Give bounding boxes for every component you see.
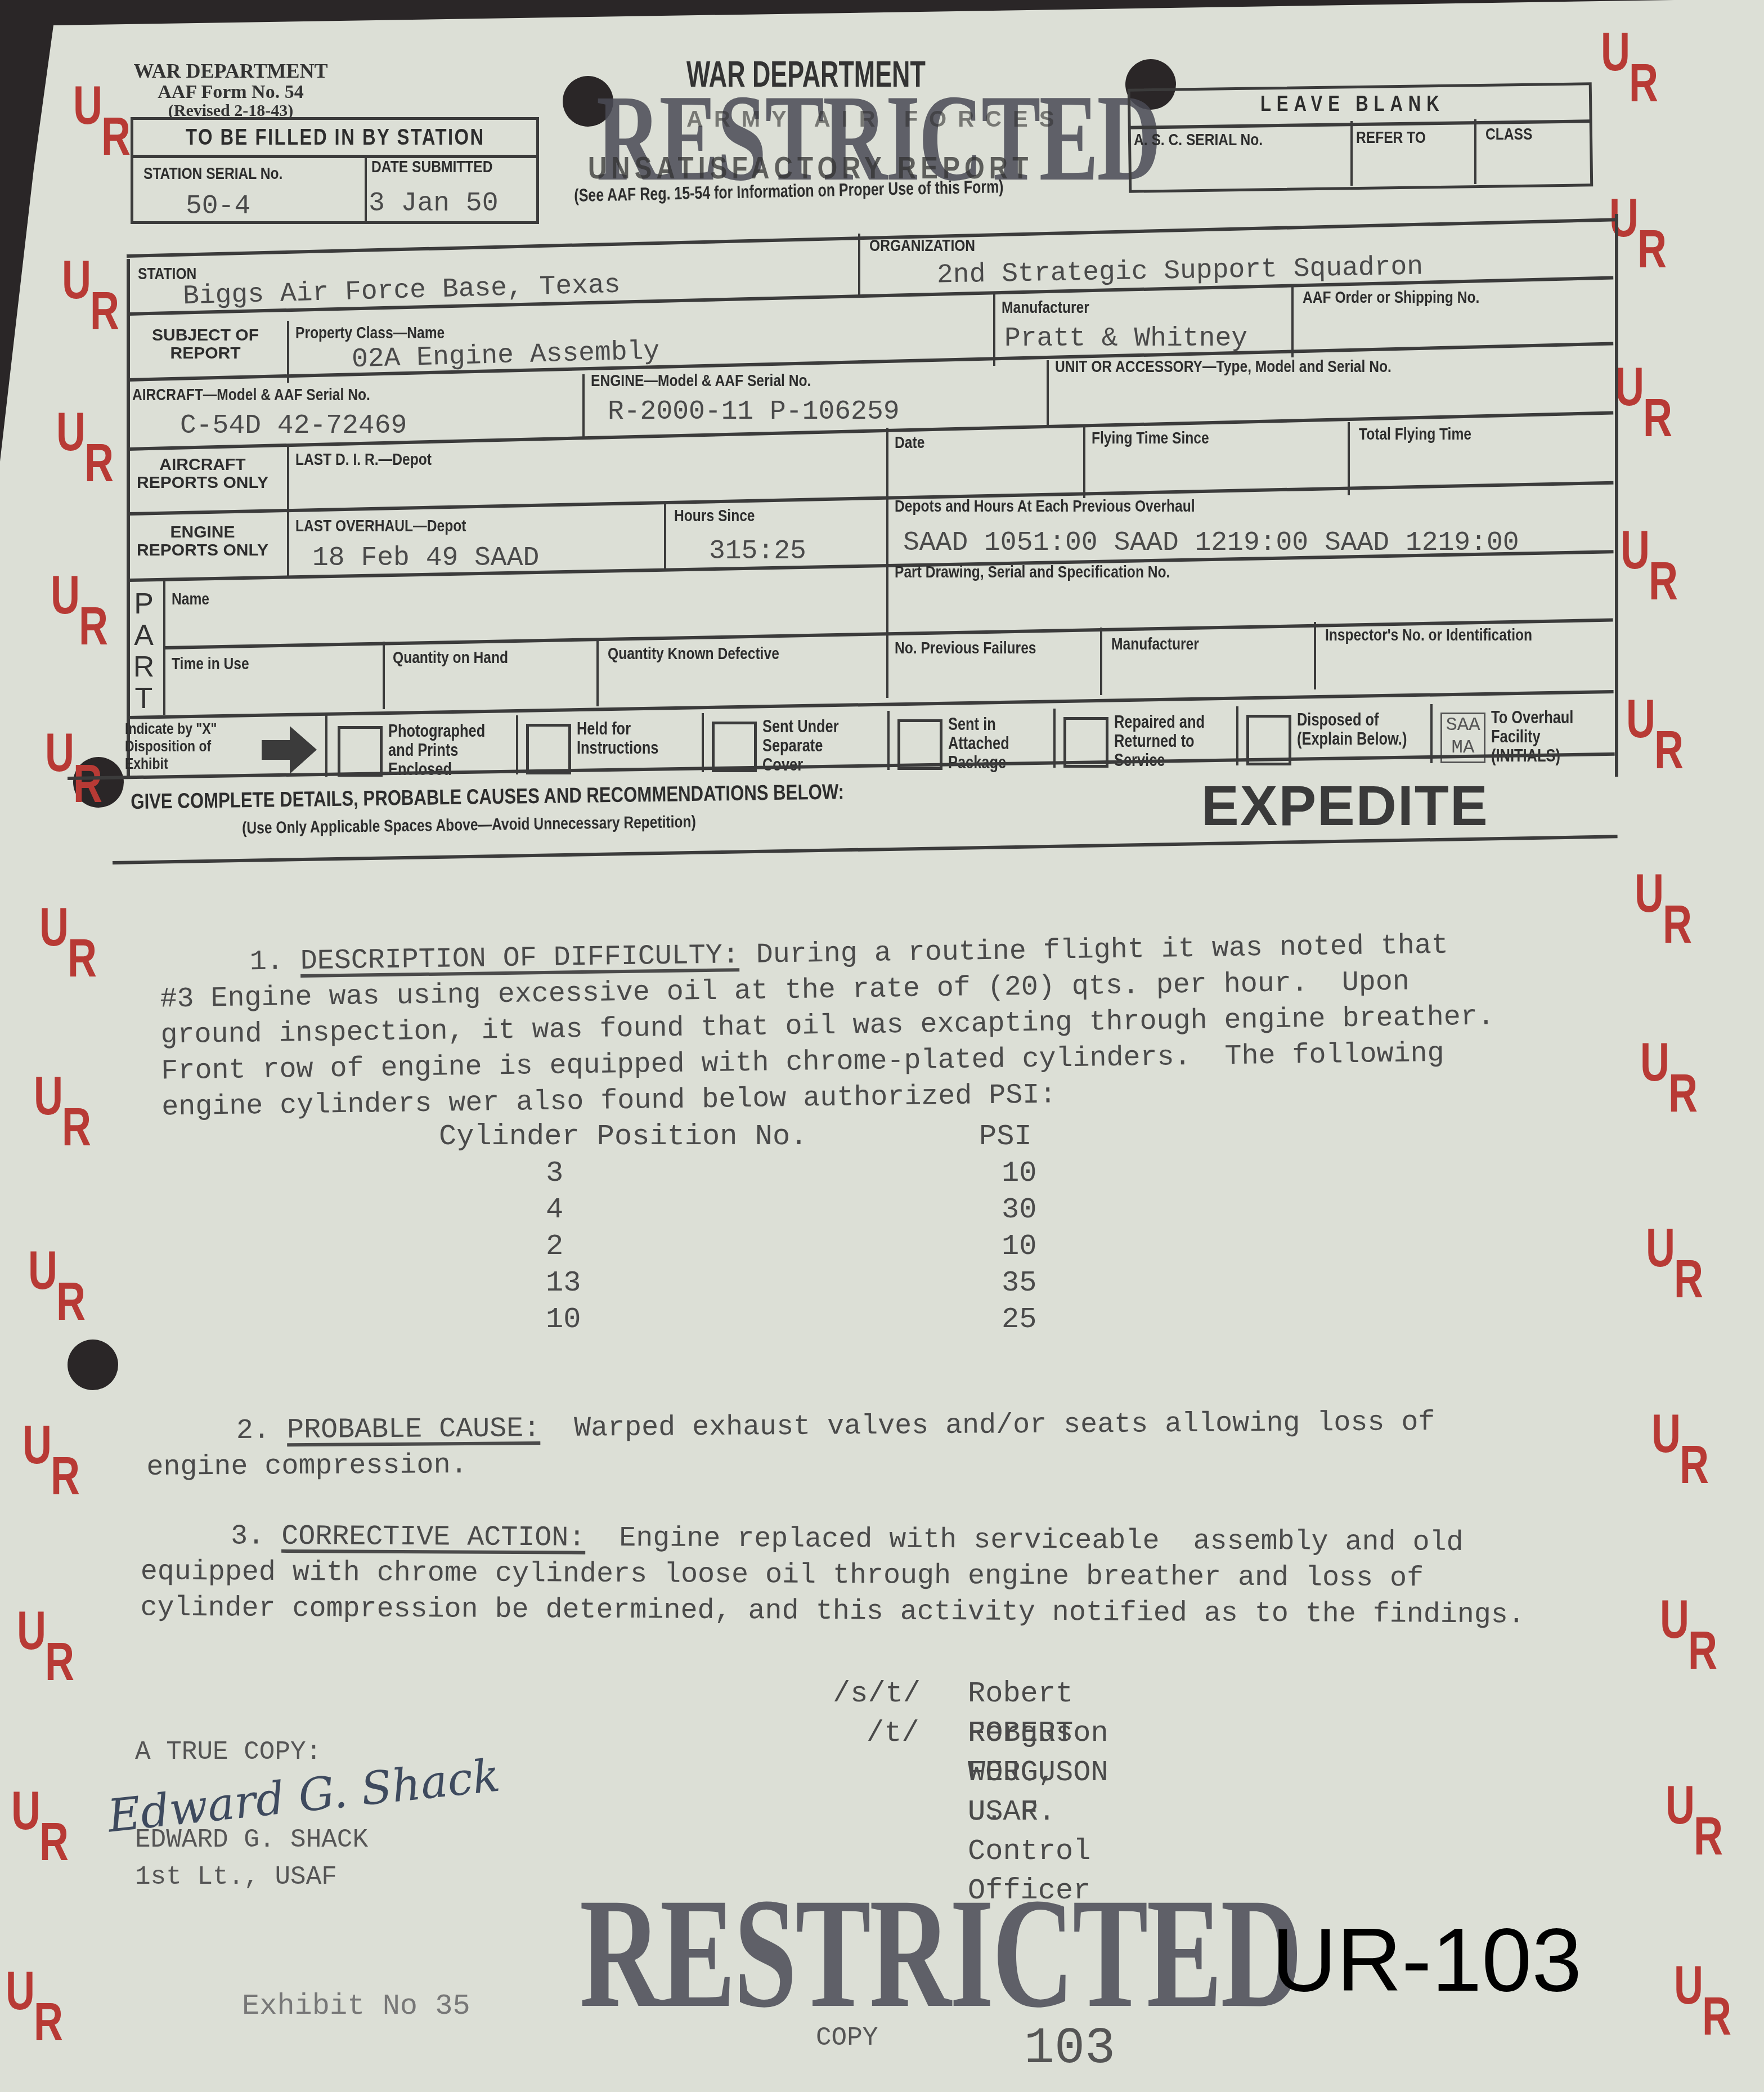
cylinder-position: 3 <box>546 1157 563 1190</box>
aircraft-label: AIRCRAFT—Model & AAF Serial No. <box>132 386 370 404</box>
ur-margin-mark: UR <box>1666 1779 1733 1880</box>
copy-number: 103 <box>1024 2021 1115 2078</box>
engine-label: ENGINE—Model & AAF Serial No. <box>591 371 811 390</box>
ur-margin-mark: UR <box>11 1784 79 1885</box>
title-service: ARMY AIR FORCES <box>686 107 1065 132</box>
cylinder-table-row: 210 <box>439 1230 1114 1266</box>
part-letter: A <box>128 620 159 651</box>
date-submitted-label: DATE SUBMITTED <box>371 158 492 176</box>
quantity-defective-label: Quantity Known Defective <box>608 644 779 663</box>
item3-text: 3. CORRECTIVE ACTION: Engine replaced wi… <box>140 1482 1525 1634</box>
cylinder-table-row: 430 <box>439 1193 1114 1230</box>
divider <box>1348 422 1350 495</box>
divider <box>582 374 585 439</box>
ur-margin-mark: UR <box>1615 360 1682 462</box>
aircraft-value[interactable]: C-54D 42-72469 <box>180 411 407 441</box>
cylinder-position-header: Cylinder Position No. <box>439 1120 807 1153</box>
divider <box>886 501 888 568</box>
inspector-label: Inspector's No. or Identification <box>1325 626 1532 644</box>
flying-time-since-label: Flying Time Since <box>1092 429 1209 447</box>
ur-margin-mark: UR <box>1640 1036 1708 1137</box>
cylinder-position: 2 <box>546 1230 563 1263</box>
divider <box>664 504 666 571</box>
manufacturer-value[interactable]: Pratt & Whitney <box>1004 324 1247 354</box>
part-label: PART <box>128 588 159 718</box>
expedite-stamp: EXPEDITE <box>1201 774 1489 839</box>
time-in-use-label: Time in Use <box>172 655 249 673</box>
divider <box>887 711 890 770</box>
ur-margin-mark: UR <box>1660 1593 1727 1694</box>
previous-failures-label: No. Previous Failures <box>895 639 1036 657</box>
divider <box>886 630 888 698</box>
item3-heading: CORRECTIVE ACTION: <box>281 1521 585 1555</box>
ur-margin-mark: UR <box>28 1244 96 1345</box>
hours-since-label: Hours Since <box>674 507 755 525</box>
title-block: WAR DEPARTMENT RESTRICTED ARMY AIR FORCE… <box>574 53 1114 222</box>
divider <box>886 428 888 504</box>
disposition-label: Indicate by "X" Disposition of Exhibit <box>125 720 236 772</box>
ur-margin-mark: UR <box>34 1069 101 1171</box>
divider <box>287 445 289 509</box>
ur-margin-mark: UR <box>1646 1221 1713 1323</box>
cylinder-psi: 10 <box>1002 1230 1036 1263</box>
item1-text: 1. DESCRIPTION OF DIFFICULTY: During a r… <box>159 891 1496 1126</box>
divider <box>1350 121 1353 186</box>
cylinder-table-header: Cylinder Position No. PSI <box>439 1120 1114 1157</box>
ur-margin-mark: UR <box>51 568 118 670</box>
disposition-option-label: Held for Instructions <box>577 719 681 758</box>
exhibit-number: Exhibit No 35 <box>242 1990 470 2023</box>
divider <box>1291 284 1294 357</box>
divider <box>516 715 518 774</box>
cylinder-table: Cylinder Position No. PSI 31043021013351… <box>439 1120 1114 1340</box>
divider <box>1083 425 1085 498</box>
station-box-title: TO BE FILLED IN BY STATION <box>186 125 485 150</box>
disposition-checkbox[interactable] <box>712 722 757 772</box>
ur-margin-mark: UR <box>17 1604 84 1705</box>
copy-label: COPY <box>816 2023 878 2053</box>
ur-margin-mark: UR <box>1635 867 1702 968</box>
item1-heading: DESCRIPTION OF DIFFICULTY: <box>300 939 739 978</box>
true-copy-block: A TRUE COPY: Edward G. Shack EDWARD G. S… <box>135 1733 501 1896</box>
divider <box>287 512 289 577</box>
st-mark: /s/t/ <box>833 1674 921 1714</box>
asc-serial-label: A. S. C. SERIAL No. <box>1134 131 1263 149</box>
part-manufacturer-label: Manufacturer <box>1111 635 1199 653</box>
form-right-border <box>1615 214 1618 777</box>
divider <box>858 234 860 295</box>
station-serial-value[interactable]: 50-4 <box>186 191 250 222</box>
divider <box>886 568 888 630</box>
item2-heading: PROBABLE CAUSE: <box>287 1413 540 1446</box>
disposition-checkbox[interactable] <box>338 726 383 777</box>
cylinder-psi: 10 <box>1002 1157 1036 1190</box>
cylinder-psi: 30 <box>1002 1193 1036 1226</box>
leave-blank-title: LEAVE BLANK <box>1260 93 1445 117</box>
part-name-label: Name <box>172 590 209 608</box>
total-flying-time-label: Total Flying Time <box>1359 425 1471 444</box>
cylinder-psi: 35 <box>1002 1266 1036 1300</box>
divider <box>1430 704 1433 763</box>
disposition-option-label: Disposed of (Explain Below.) <box>1297 710 1408 749</box>
divider <box>1053 709 1056 768</box>
divider <box>287 321 289 383</box>
cylinder-position: 10 <box>546 1303 581 1336</box>
t-mark: /t/ <box>867 1714 919 1753</box>
divider <box>1474 119 1476 184</box>
ur-margin-mark: UR <box>6 1964 73 2066</box>
form-id-dept: WAR DEPARTMENT <box>118 61 343 82</box>
ur-margin-mark: UR <box>1674 1959 1741 2060</box>
divider <box>993 293 995 366</box>
last-dir-label: LAST D. I. R.—Depot <box>295 450 432 469</box>
punch-hole <box>68 1340 118 1390</box>
true-copy-rank: 1st Lt., USAF <box>135 1858 501 1896</box>
part-letter: P <box>128 588 159 620</box>
divider <box>325 715 327 777</box>
cylinder-position: 4 <box>546 1193 563 1226</box>
arrow-right-icon <box>262 723 318 777</box>
hours-since-value[interactable]: 315:25 <box>709 536 806 567</box>
psi-header: PSI <box>979 1120 1032 1153</box>
doc-id-label: UR-103 <box>1272 1908 1582 2012</box>
disposition-checkbox[interactable] <box>897 719 942 770</box>
divider <box>1236 706 1238 765</box>
divider <box>1314 622 1316 689</box>
divider <box>1047 360 1049 425</box>
refer-to-label: REFER TO <box>1356 128 1426 147</box>
ur-margin-mark: UR <box>62 253 129 355</box>
station-serial-label: STATION SERIAL No. <box>143 164 282 183</box>
divider <box>383 642 385 709</box>
quantity-on-hand-label: Quantity on Hand <box>393 648 508 667</box>
restricted-stamp-bottom: RESTRICTED <box>580 1874 1301 2032</box>
engine-reports-only-label: ENGINE REPORTS ONLY <box>135 523 270 559</box>
ur-margin-mark: UR <box>1621 523 1688 625</box>
unit-accessory-label: UNIT OR ACCESSORY—Type, Model and Serial… <box>1055 357 1392 376</box>
ur-margin-mark: UR <box>1609 191 1677 293</box>
divider <box>365 156 367 223</box>
ur-margin-mark: UR <box>1651 1407 1719 1508</box>
part-letter: T <box>128 683 159 714</box>
ur-margin-mark: UR <box>1601 25 1668 127</box>
disposition-checkbox[interactable] <box>526 724 571 774</box>
aircraft-reports-only-label: AIRCRAFT REPORTS ONLY <box>135 456 270 491</box>
station-label: STATION <box>138 265 196 283</box>
form-id-number: AAF Form No. 54 <box>118 82 343 102</box>
divider <box>596 639 599 706</box>
depots-hours-label: Depots and Hours At Each Previous Overha… <box>895 497 1195 516</box>
part-drawing-label: Part Drawing, Serial and Specification N… <box>895 563 1170 581</box>
divider <box>702 713 704 772</box>
cylinder-psi: 25 <box>1002 1303 1036 1336</box>
ur-margin-mark: UR <box>23 1418 90 1520</box>
date-label: Date <box>895 433 924 452</box>
property-class-label: Property Class—Name <box>295 324 445 342</box>
engine-value[interactable]: R-2000-11 P-106259 <box>608 397 899 427</box>
manufacturer-label: Manufacturer <box>1002 298 1089 317</box>
subject-of-report-label: SUBJECT OF REPORT <box>135 326 276 362</box>
aaf-order-label: AAF Order or Shipping No. <box>1303 288 1479 307</box>
item2-text: 2. PROBABLE CAUSE: Warped exhaust valves… <box>146 1369 1435 1486</box>
part-letter: R <box>128 651 159 683</box>
last-overhaul-label: LAST OVERHAUL—Depot <box>295 517 466 535</box>
ur-margin-mark: UR <box>39 901 107 1002</box>
divider <box>1100 628 1102 695</box>
organization-label: ORGANIZATION <box>869 236 975 255</box>
cylinder-table-row: 1335 <box>439 1266 1114 1303</box>
form-id: WAR DEPARTMENT AAF Form No. 54 (Revised … <box>118 61 343 120</box>
cylinder-table-row: 310 <box>439 1157 1114 1193</box>
cylinder-table-row: 1025 <box>439 1303 1114 1340</box>
date-submitted-value[interactable]: 3 Jan 50 <box>369 189 498 219</box>
ur-margin-mark: UR <box>1626 692 1694 794</box>
cylinder-position: 13 <box>546 1266 581 1300</box>
last-overhaul-value[interactable]: 18 Feb 49 SAAD <box>312 543 539 574</box>
ur-margin-mark: UR <box>56 405 124 507</box>
class-label: CLASS <box>1485 125 1532 144</box>
